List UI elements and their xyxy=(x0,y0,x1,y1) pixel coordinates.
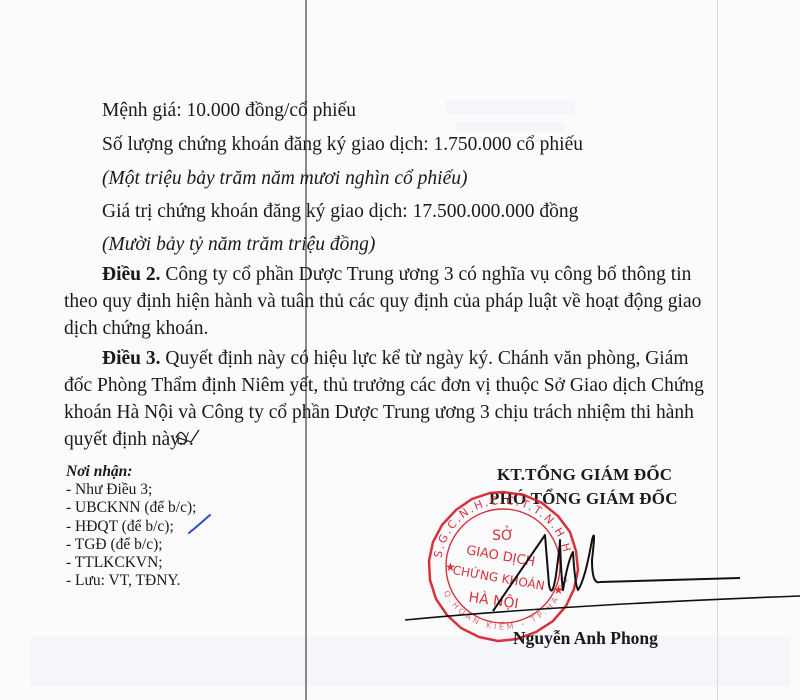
signer-name: Nguyễn Anh Phong xyxy=(513,628,658,649)
stamp-and-signature-overlay: S.G.C.N.H.C.C.T.T.N.H.H Q.HOÀN KIẾM - TP… xyxy=(0,0,800,700)
svg-text:Q.HOÀN KIẾM - TP.HÀ NỘI: Q.HOÀN KIẾM - TP.HÀ NỘI xyxy=(0,0,570,632)
pen-tick-mark xyxy=(189,515,210,533)
official-stamp: S.G.C.N.H.C.C.T.T.N.H.H Q.HOÀN KIẾM - TP… xyxy=(0,0,578,641)
stamp-center-line: SỞ xyxy=(492,525,514,544)
initial-mark xyxy=(176,430,199,444)
